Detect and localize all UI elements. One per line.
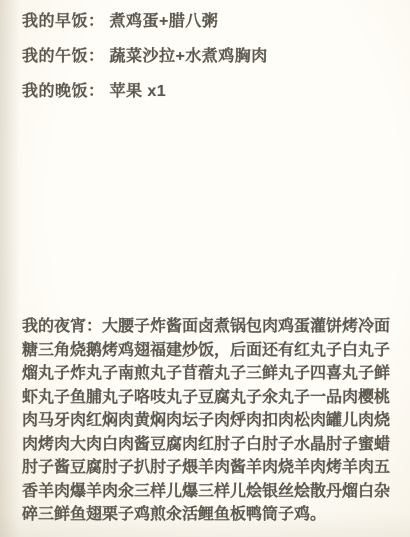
breakfast-line: 我的早饭： 煮鸡蛋+腊八粥 [22,13,390,30]
dinner-line: 我的晚饭： 苹果 x1 [22,83,390,100]
lunch-line: 我的午饭： 蔬菜沙拉+水煮鸡胸肉 [22,48,390,65]
night-snack-paragraph: 我的夜宵：大腰子炸酱面卤煮锅包肉鸡蛋灌饼烤冷面糖三角烧鹅烤鸡翅福建炒饭，后面还有… [22,315,390,527]
meme-image: 我的早饭： 煮鸡蛋+腊八粥 我的午饭： 蔬菜沙拉+水煮鸡胸肉 我的晚饭： 苹果 … [0,0,410,537]
meal-list: 我的早饭： 煮鸡蛋+腊八粥 我的午饭： 蔬菜沙拉+水煮鸡胸肉 我的晚饭： 苹果 … [22,13,390,118]
